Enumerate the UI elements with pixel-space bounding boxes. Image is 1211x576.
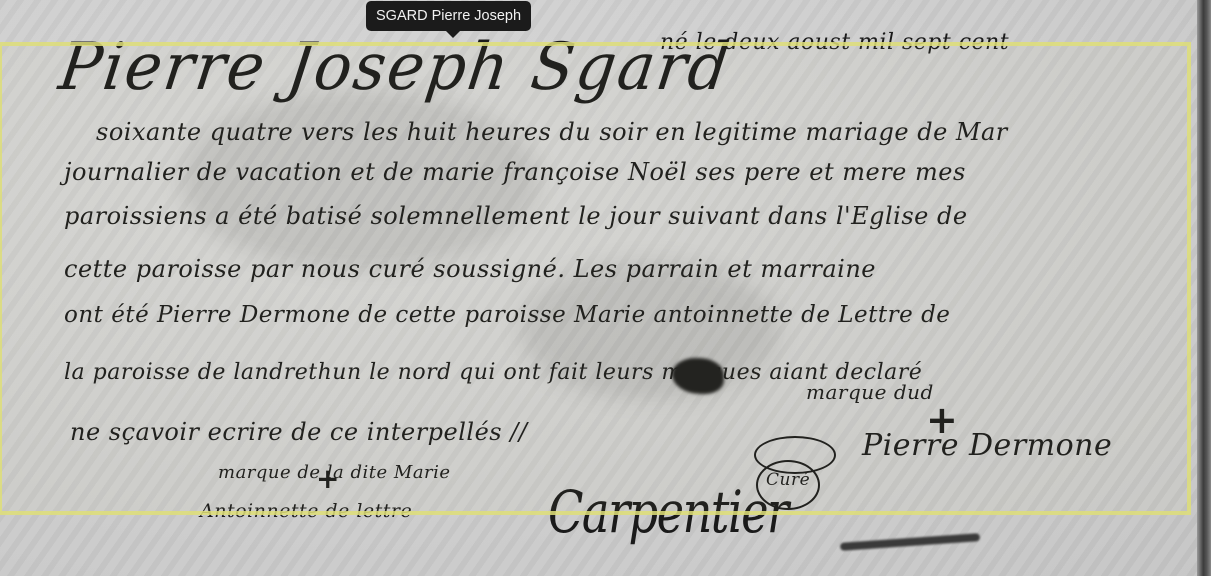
page-binding-edge — [1197, 0, 1211, 576]
document-image-viewer[interactable]: Pierre Joseph Sgard né le deux aoust mil… — [0, 0, 1211, 576]
record-highlight-box[interactable] — [0, 42, 1191, 515]
tooltip-arrow — [446, 31, 460, 38]
signature-stroke — [840, 533, 980, 551]
person-name-tooltip: SGARD Pierre Joseph — [366, 1, 531, 31]
